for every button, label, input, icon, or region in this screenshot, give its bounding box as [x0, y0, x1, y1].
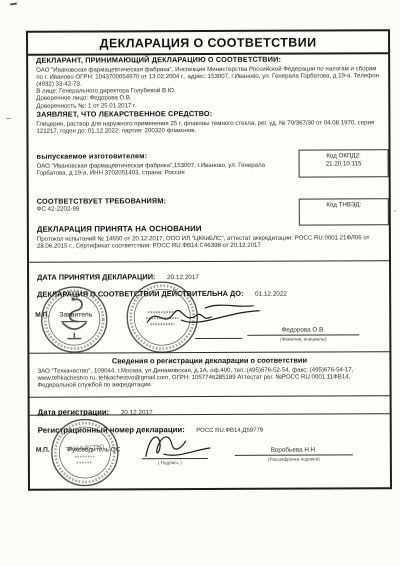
page-title: ДЕКЛАРАЦИЯ О СООТВЕТСТВИИ — [28, 31, 388, 56]
compliance-section: СООТВЕТСТВУЕТ ТРЕБОВАНИЯМ: ФС 42-2202-99 — [37, 196, 289, 214]
okpd2-code-box: Код ОКПД2: 21.20.10.115 — [299, 149, 389, 177]
registrar-name: Воробьева Н.Н. — [235, 446, 353, 456]
registrar-name-caption: (Расшифровка подписи) — [235, 456, 353, 462]
declaration-document: ДЕКЛАРАЦИЯ О СООТВЕТСТВИИ ДЕКЛАРАНТ, ПРИ… — [26, 29, 392, 491]
tnved-code-box: Код ТНВЭД: — [299, 198, 389, 225]
manufacturer-heading: выпускаемое изготовителем: — [37, 151, 289, 161]
declares-body: Глицерин, раствор для наружного применен… — [36, 119, 382, 135]
scan-artifact — [6, 118, 11, 119]
manufacturer-section: выпускаемое изготовителем: ОАО "Ивановск… — [37, 151, 289, 177]
applicant-signature-line — [195, 338, 242, 339]
registration-section: Сведения о регистрации декларации о соот… — [29, 351, 389, 389]
declares-section: ЗАЯВЛЯЕТ, ЧТО ЛЕКАРСТВЕННОЕ СРЕДСТВО: Гл… — [36, 108, 382, 135]
applicant-name: Федорова О.В. — [247, 326, 359, 335]
registrar-name-block: Воробьева Н.Н. (Расшифровка подписи) — [235, 446, 353, 462]
registrar-signature-zone: ТЕХКАЧЕСТВО М.П. Руководитель ОС ( Подпи… — [30, 425, 390, 489]
compliance-standard: ФС 42-2202-99 — [37, 205, 289, 214]
basis-heading: ДЕКЛАРАЦИЯ ПРИНЯТА НА ОСНОВАНИИ — [37, 223, 383, 234]
declarant-section: ДЕКЛАРАНТ, ПРИНИМАЮЩИЙ ДЕКЛАРАЦИЮ О СООТ… — [36, 54, 382, 110]
manufacturer-body: ОАО "Ивановская фармацевтическая фабрика… — [37, 162, 289, 177]
okpd2-value: 21.20.10.115 — [300, 160, 388, 168]
tnved-label: Код ТНВЭД: — [300, 201, 388, 209]
scan-artifact — [10, 3, 17, 6]
scanned-page: ДЕКЛАРАЦИЯ О СООТВЕТСТВИИ ДЕКЛАРАНТ, ПРИ… — [0, 0, 400, 566]
declarant-heading: ДЕКЛАРАНТ, ПРИНИМАЮЩИЙ ДЕКЛАРАЦИЮ О СООТ… — [36, 54, 382, 65]
registrar-signature — [134, 428, 220, 462]
applicant-signature — [141, 296, 263, 337]
registrar-role-label: Руководитель ОС — [68, 446, 121, 453]
pharmacy-round-stamp — [39, 284, 109, 354]
applicant-name-caption: (Фамилия, инициалы) — [247, 336, 359, 341]
applicant-name-block: Федорова О.В. (Фамилия, инициалы) — [247, 326, 359, 341]
applicant-mp-label: М.П. — [35, 312, 49, 319]
registration-body: ЗАО "Техкачество", 109044, г.Москва, ул.… — [37, 366, 381, 389]
registrar-mp-label: М.П. — [36, 447, 50, 454]
declares-heading: ЗАЯВЛЯЕТ, ЧТО ЛЕКАРСТВЕННОЕ СРЕДСТВО: — [36, 108, 382, 119]
scan-artifact — [394, 210, 396, 212]
acceptance-date-row: ДАТА ПРИНЯТИЯ ДЕКЛАРАЦИИ: 20.12.2017 — [29, 260, 389, 285]
basis-section: ДЕКЛАРАЦИЯ ПРИНЯТА НА ОСНОВАНИИ Протокол… — [37, 223, 383, 250]
basis-body: Протокол испытаний № 14650 от 20.12.2017… — [37, 234, 383, 250]
applicant-role-label: Заявитель — [59, 312, 92, 319]
declarant-body: ОАО "Ивановская фармацевтическая фабрика… — [36, 65, 382, 88]
applicant-signature-zone: М.П. Заявитель — [29, 289, 389, 353]
